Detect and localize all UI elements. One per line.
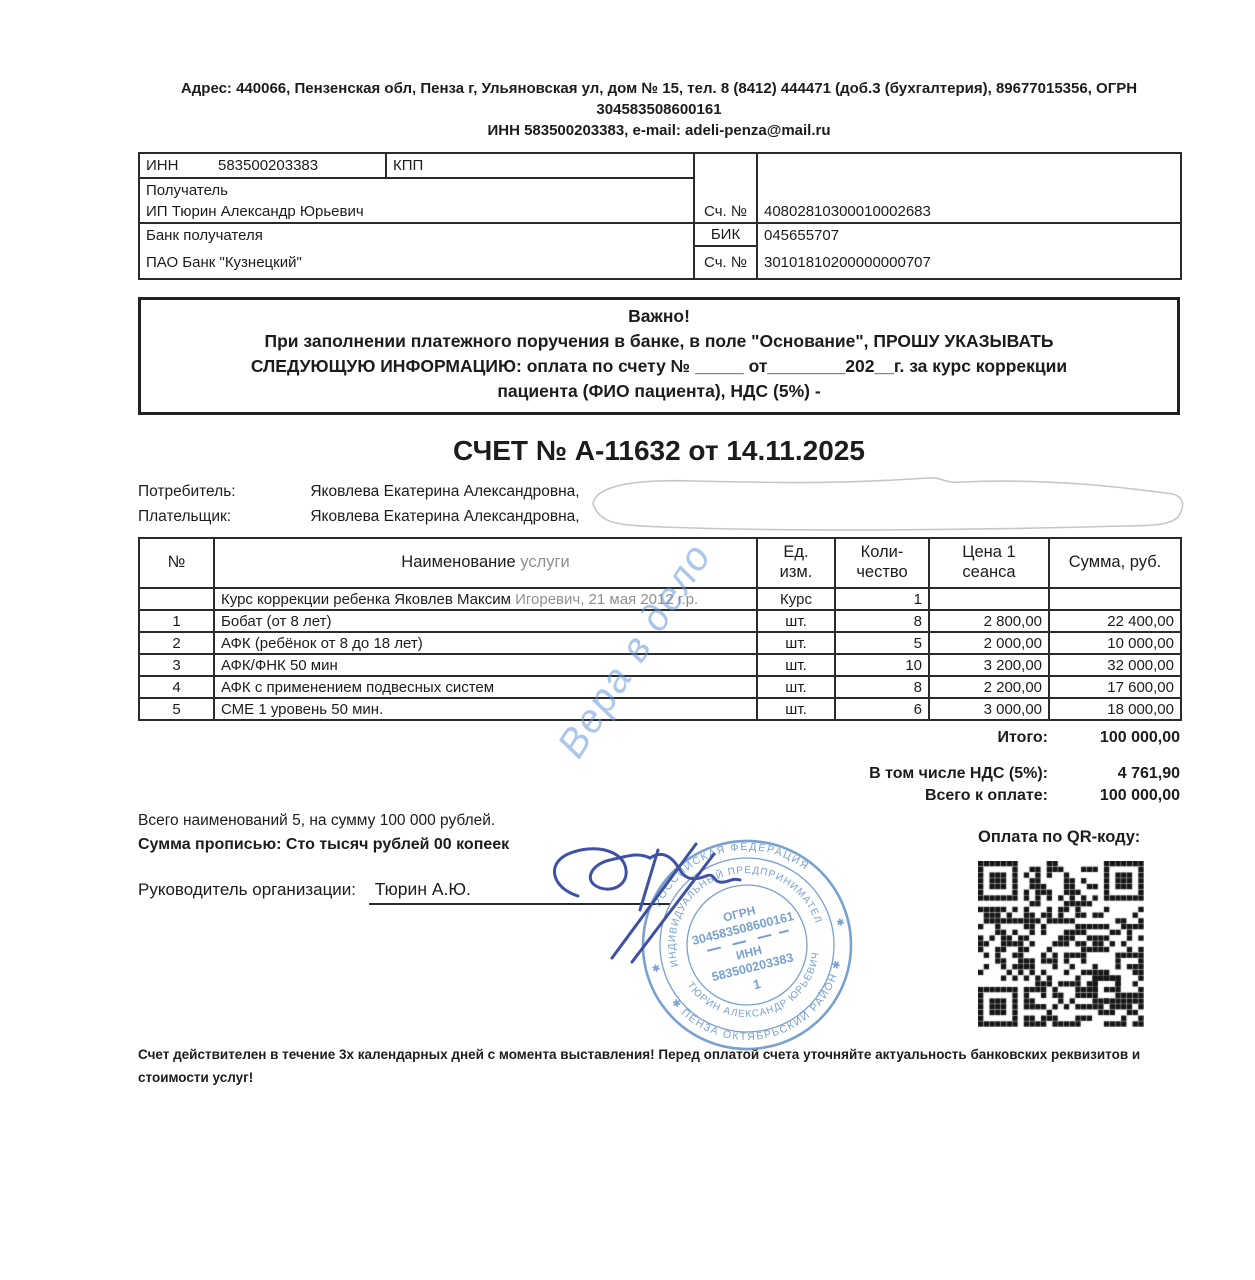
- account-label: Сч. №: [694, 201, 757, 223]
- stamp-star-right: ✱: [835, 917, 846, 930]
- qr-payment-block: Оплата по QR-коду:: [978, 828, 1158, 1027]
- header-line-3: ИНН 583500203383, e-mail: adeli-penza@ma…: [138, 120, 1180, 141]
- table-row: 3 АФК/ФНК 50 мин шт. 10 3 200,00 32 000,…: [139, 654, 1181, 676]
- consumer-label: Потребитель:: [138, 479, 306, 504]
- account-value: 40802810300010002683: [757, 201, 1181, 223]
- payer-label: Плательщик:: [138, 504, 306, 529]
- corr-account-value: 30101810200000000707: [757, 246, 1181, 279]
- course-row: Курс коррекции ребенка Яковлев Максим Иг…: [139, 588, 1181, 610]
- bank-name: ПАО Банк "Кузнецкий": [139, 246, 694, 279]
- kpp-label: КПП: [393, 157, 423, 174]
- bik-label: БИК: [694, 223, 757, 246]
- document-header: Адрес: 440066, Пензенская обл, Пенза г, …: [138, 0, 1180, 141]
- important-line-1: При заполнении платежного поручения в ба…: [151, 329, 1167, 354]
- table-row: 2 АФК (ребёнок от 8 до 18 лет) шт. 5 2 0…: [139, 632, 1181, 654]
- itogo-row: Итого: 100 000,00: [138, 727, 1180, 749]
- payer-value: Яковлева Екатерина Александровна,: [310, 508, 579, 525]
- director-label: Руководитель организации:: [138, 880, 356, 899]
- col-sum: Сумма, руб.: [1049, 538, 1181, 588]
- important-line-3: пациента (ФИО пациента), НДС (5%) -: [151, 379, 1167, 404]
- vat-row: В том числе НДС (5%): 4 761,90: [138, 763, 1180, 785]
- important-line-2: СЛЕДУЮЩУЮ ИНФОРМАЦИЮ: оплата по счету № …: [151, 354, 1167, 379]
- bank-row-recipient-label: Получатель: [139, 178, 1181, 201]
- important-notice-box: Важно! При заполнении платежного поручен…: [138, 297, 1180, 415]
- table-row: 4 АФК с применением подвесных систем шт.…: [139, 676, 1181, 698]
- vat-label: В том числе НДС (5%):: [869, 763, 1048, 785]
- consumer-value: Яковлева Екатерина Александровна,: [310, 483, 579, 500]
- col-qty: Коли- чество: [835, 538, 929, 588]
- col-num: №: [139, 538, 214, 588]
- table-row: 5 СМЕ 1 уровень 50 мин. шт. 6 3 000,00 1…: [139, 698, 1181, 720]
- bank-row-recipient: ИП Тюрин Александр Юрьевич Сч. № 4080281…: [139, 201, 1181, 223]
- qr-label: Оплата по QR-коду:: [978, 828, 1158, 847]
- header-line-2: 304583508600161: [138, 99, 1180, 120]
- stamp-number: 1: [751, 976, 762, 992]
- total-due-row: Всего к оплате: 100 000,00: [138, 785, 1180, 807]
- itogo-label: Итого:: [998, 727, 1048, 749]
- col-name: Наименование услуги: [214, 538, 757, 588]
- signature: [538, 836, 748, 968]
- col-price: Цена 1 сеанса: [929, 538, 1049, 588]
- redaction-blob: [583, 472, 1189, 538]
- vat-value: 4 761,90: [1048, 763, 1180, 785]
- recipient-label: Получатель: [139, 178, 694, 201]
- bank-label: Банк получателя: [139, 223, 694, 246]
- qr-code: [978, 861, 1144, 1027]
- bank-row-inn-kpp: ИНН 583500203383 КПП: [139, 153, 1181, 178]
- header-line-1: Адрес: 440066, Пензенская обл, Пенза г, …: [138, 78, 1180, 99]
- inn-value: 583500203383: [218, 157, 318, 174]
- important-title: Важно!: [151, 304, 1167, 329]
- recipient-name: ИП Тюрин Александр Юрьевич: [139, 201, 694, 223]
- invoice-title: СЧЕТ № А-11632 от 14.11.2025: [138, 435, 1180, 467]
- total-due-value: 100 000,00: [1048, 785, 1180, 807]
- invoice-document: Адрес: 440066, Пензенская обл, Пенза г, …: [0, 0, 1255, 1280]
- bank-details-table: ИНН 583500203383 КПП Получатель ИП Тюрин…: [138, 152, 1182, 280]
- services-table: № Наименование услуги Ед. изм. Коли- чес…: [138, 537, 1182, 721]
- total-due-label: Всего к оплате:: [925, 785, 1048, 807]
- table-row: 1 Бобат (от 8 лет) шт. 8 2 800,00 22 400…: [139, 610, 1181, 632]
- bank-row-bank-name: ПАО Банк "Кузнецкий" Сч. № 3010181020000…: [139, 246, 1181, 279]
- inn-label: ИНН: [146, 157, 218, 174]
- itogo-value: 100 000,00: [1048, 727, 1180, 749]
- bik-value: 045655707: [757, 223, 1181, 246]
- bank-row-bank-label: Банк получателя БИК 045655707: [139, 223, 1181, 246]
- services-header-row: № Наименование услуги Ед. изм. Коли- чес…: [139, 538, 1181, 588]
- corr-account-label: Сч. №: [694, 246, 757, 279]
- col-unit: Ед. изм.: [757, 538, 835, 588]
